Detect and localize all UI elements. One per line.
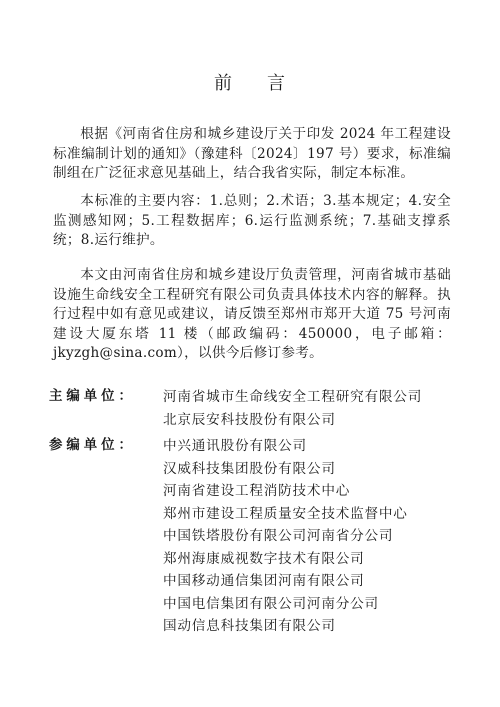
unit-name: 河南省建设工程消防技术中心 [163,480,350,503]
unit-name: 中国移动通信集团河南有限公司 [163,570,365,593]
paragraph-main-contents: 本标准的主要内容：1.总则；2.术语；3.基本规定；4.安全监测感知网；5.工程… [53,192,451,251]
page-title: 前言 [0,72,500,96]
participating-editor-label: 参编单位： [49,435,159,458]
unit-name: 汉威科技集团股份有限公司 [163,458,336,481]
unit-name: 中兴通讯股份有限公司 [163,435,307,458]
paragraph-management-contact: 本文由河南省住房和城乡建设厅负责管理，河南省城市基础设施生命线安全工程研究有限公… [53,266,451,364]
unit-name: 郑州市建设工程质量安全技术监督中心 [163,503,408,526]
chief-editor-label: 主编单位： [49,386,159,409]
unit-name: 国动信息科技集团有限公司 [163,615,336,638]
unit-name: 郑州海康威视数字技术有限公司 [163,548,365,571]
title-char-2: 言 [267,73,286,94]
unit-name: 中国电信集团有限公司河南分公司 [163,593,379,616]
unit-name: 中国铁塔股份有限公司河南省分公司 [163,525,393,548]
title-char-1: 前 [214,73,233,94]
paragraph-background: 根据《河南省住房和城乡建设厅关于印发 2024 年工程建设标准编制计划的通知》（… [53,125,451,184]
unit-name: 河南省城市生命线安全工程研究有限公司 [163,386,422,409]
unit-name: 北京辰安科技股份有限公司 [163,409,336,432]
